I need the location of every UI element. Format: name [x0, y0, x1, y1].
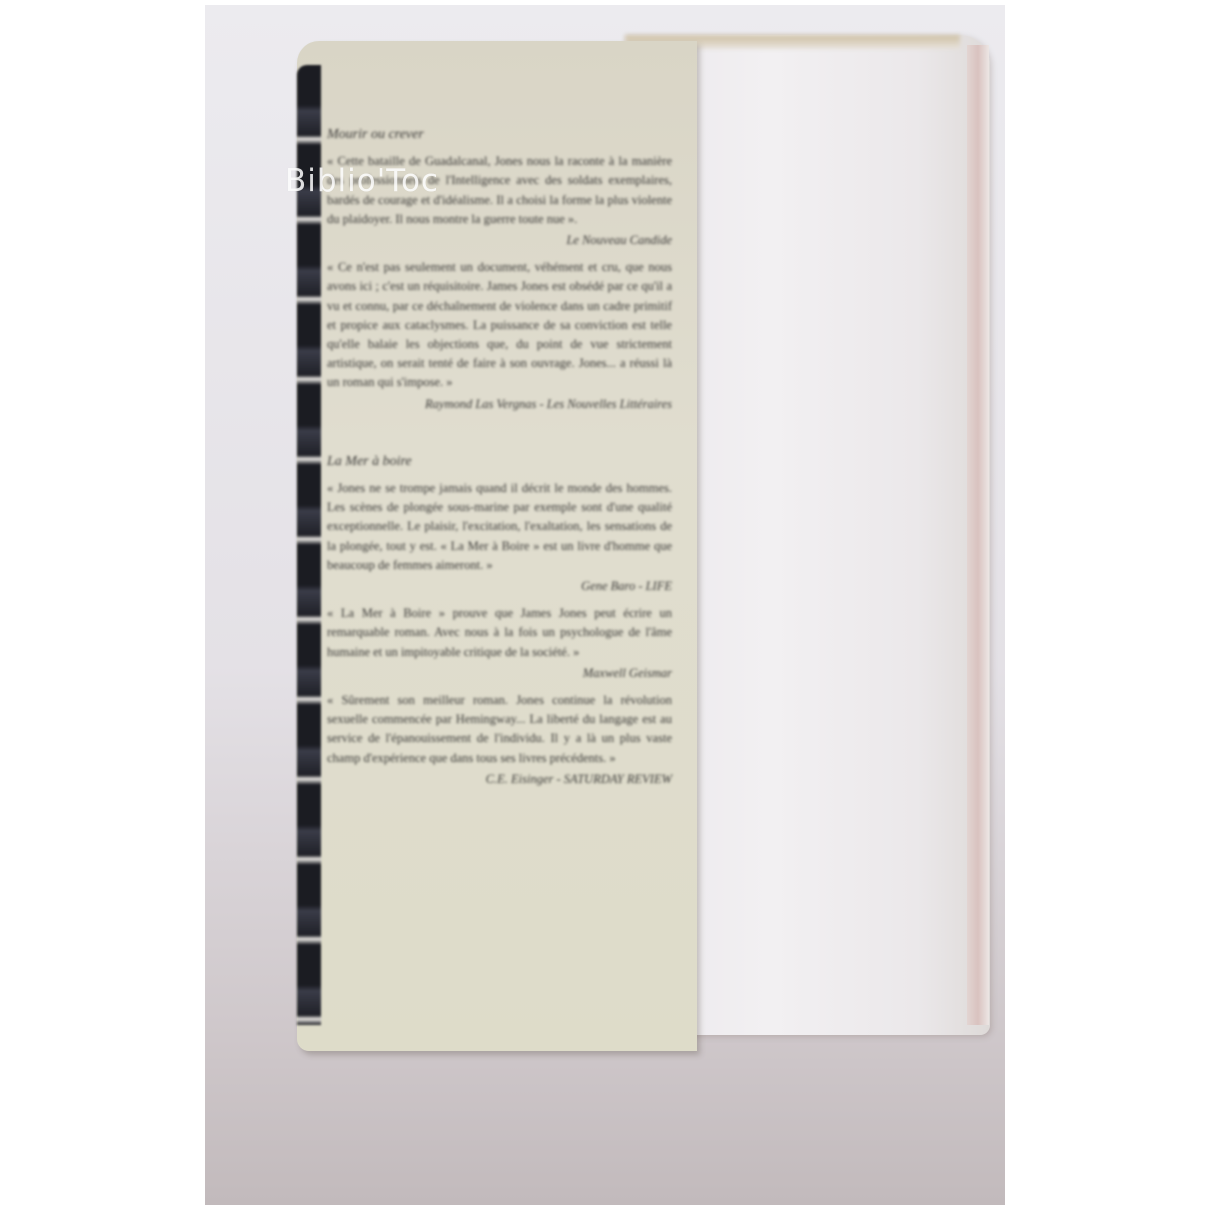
review-source: Maxwell Geismar [327, 664, 672, 683]
review-quote: « Sûrement son meilleur roman. Jones con… [327, 691, 672, 768]
section-title: Mourir ou crever [327, 125, 672, 144]
book-spine-edge [967, 45, 989, 1025]
jacket-dark-edge-strip [297, 65, 321, 1025]
flap-text-column: Mourir ou crever « Cette bataille de Gua… [327, 125, 672, 797]
watermark-logo: Biblio'Toc [285, 163, 439, 199]
review-quote: « Jones ne se trompe jamais quand il déc… [327, 479, 672, 575]
review-source: Le Nouveau Candide [327, 231, 672, 250]
review-source: C.E. Eisinger - SATURDAY REVIEW [327, 770, 672, 789]
review-quote: « Ce n'est pas seulement un document, vé… [327, 258, 672, 392]
review-quote: « La Mer à Boire » prouve que James Jone… [327, 604, 672, 662]
section-spacer [327, 422, 672, 452]
review-source: Raymond Las Vergnas - Les Nouvelles Litt… [327, 395, 672, 414]
review-source: Gene Baro - LIFE [327, 577, 672, 596]
section-title: La Mer à boire [327, 452, 672, 471]
